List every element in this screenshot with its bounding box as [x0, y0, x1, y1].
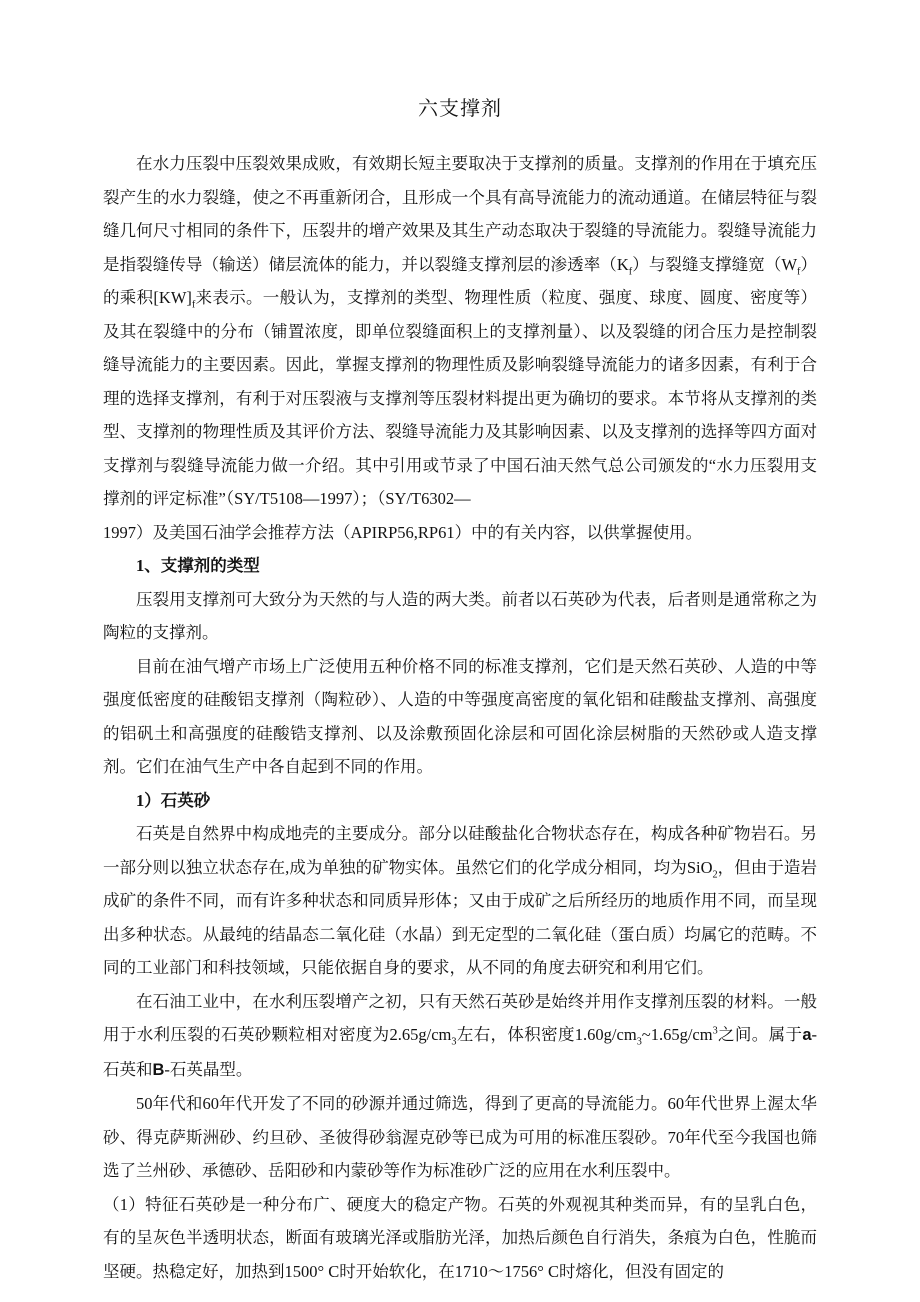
document-page: 六支撑剂 在水力压裂中压裂效果成败，有效期长短主要取决于支撑剂的质量。支撑剂的作… [0, 0, 920, 1302]
paragraph-sand-sources: 50年代和60年代开发了不同的砂源并通过筛选，得到了更高的导流能力。60年代世界… [103, 1087, 817, 1188]
heading-quartz-sand: 1）石英砂 [103, 784, 817, 818]
paragraph-quartz-overview: 石英是自然界中构成地壳的主要成分。部分以硅酸盐化合物状态存在，构成各种矿物岩石。… [103, 817, 817, 985]
document-title: 六支撑剂 [103, 92, 817, 121]
paragraph-petroleum-use: 在石油工业中，在水利压裂增产之初，只有天然石英砂是始终并用作支撑剂压裂的材料。一… [103, 985, 817, 1088]
paragraph-quartz-characteristics: （1）特征石英砂是一种分布广、硬度大的稳定产物。石英的外观视其种类而异，有的呈乳… [103, 1188, 817, 1289]
paragraph-five-standard-proppants: 目前在油气增产市场上广泛使用五种价格不同的标准支撑剂，它们是天然石英砂、人造的中… [103, 650, 817, 784]
document-body: 在水力压裂中压裂效果成败，有效期长短主要取决于支撑剂的质量。支撑剂的作用在于填充… [103, 147, 817, 1288]
intro-paragraph: 在水力压裂中压裂效果成败，有效期长短主要取决于支撑剂的质量。支撑剂的作用在于填充… [103, 147, 817, 549]
paragraph-classification: 压裂用支撑剂可大致分为天然的与人造的两大类。前者以石英砂为代表，后者则是通常称之… [103, 583, 817, 650]
heading-proppant-types: 1、支撑剂的类型 [103, 549, 817, 583]
